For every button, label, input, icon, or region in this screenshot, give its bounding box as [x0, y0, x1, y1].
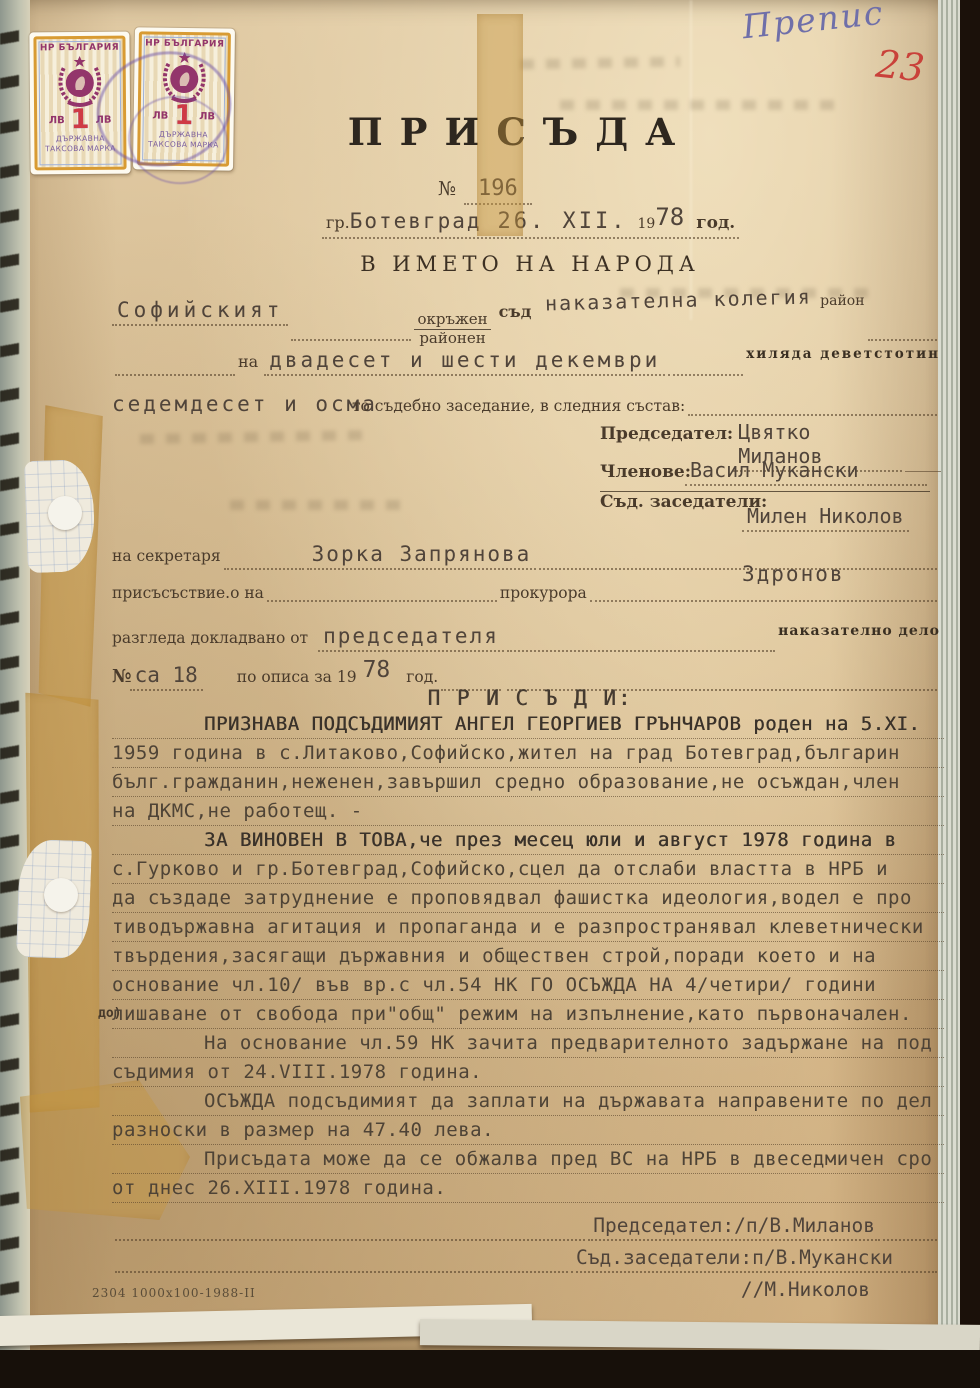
- body-line: основание чл.10/ във вр.с чл.54 НК ГО ОС…: [112, 975, 944, 1000]
- body-line: лишаване от свобода при"общ" режим на из…: [112, 1004, 944, 1029]
- case-number-typed: са 18: [130, 663, 203, 691]
- dotted-leader: [901, 1266, 937, 1273]
- members-label: Членове:: [600, 462, 691, 482]
- reported-value: председателя: [318, 624, 504, 652]
- dotted-leader: [688, 409, 937, 416]
- year-printed: 19: [637, 216, 655, 232]
- year-words-printed: хиляда деветстотин: [746, 346, 940, 362]
- body-line: с.Гурково и гр.Ботевград,Софийско,сцел д…: [112, 859, 944, 884]
- case-type-printed: наказателно дело: [778, 623, 940, 639]
- dotted-leader: [267, 595, 497, 602]
- option-rayonen: районен: [414, 330, 490, 347]
- verdict-heading: П Р И С Ъ Д И:: [360, 686, 700, 710]
- red-page-number: 23: [874, 42, 927, 91]
- punched-hole: [44, 878, 78, 912]
- body-line: ОСЪЖДА подсъдимият да заплати на държава…: [112, 1091, 944, 1116]
- chairman-label: Председател:: [600, 424, 733, 444]
- form-imprint: 2304 1000x100-1988-II: [92, 1286, 256, 1300]
- body-line: ЗА ВИНОВЕН В ТОВА,че през месец юли и ав…: [112, 830, 944, 855]
- scanned-court-verdict-page: НР БЪЛГАРИЯ ЛВ 1 ЛВ ДЪРЖАВНА ТАКСОВА МАР…: [0, 0, 980, 1388]
- body-line: да създаде затруднение е проповядвал фаш…: [112, 888, 944, 913]
- prosecutor-label: прокурора: [500, 584, 587, 602]
- prosecutor-line: присъсъствие.о на прокурора: [112, 584, 940, 602]
- dotted-leader: [668, 369, 743, 376]
- reported-by-line: разгледа докладвано от председателя нака…: [112, 624, 940, 652]
- stamp-caption-line2: ТАКСОВА МАРКА: [45, 143, 116, 153]
- prosecutor-name: Здронов: [742, 562, 845, 586]
- body-line: 1959 година в с.Литаково,Софийско,жител …: [112, 743, 944, 768]
- body-line: разноски в размер на 47.40 лева.: [112, 1120, 944, 1145]
- members-row: Членове: Васил Мукански: [600, 458, 930, 492]
- dotted-leader: [115, 1266, 568, 1273]
- body-line: Присъдата може да се обжалва пред ВС на …: [112, 1149, 944, 1174]
- session-date-line: на двадесет и шести декември хиляда деве…: [112, 348, 940, 376]
- case-suffix-printed: год.: [406, 668, 438, 686]
- dotted-leader: [291, 334, 411, 341]
- signature-chairman: Председател:/п/В.Миланов: [588, 1214, 880, 1241]
- verdict-body: ПРИЗНАВА ПОДСЪДИМИЯТ АНГЕЛ ГЕОРГИЕВ ГРЪН…: [112, 714, 944, 1207]
- body-line: съдимия от 24.VIII.1978 година.: [112, 1062, 944, 1087]
- session-year-line: седемдесет и осма то съдебно заседание, …: [112, 392, 940, 416]
- body-line: тиводържавна агитация и пропаганда и е р…: [112, 917, 944, 942]
- reported-label: разгледа докладвано от: [112, 629, 308, 647]
- case-year-typed: 78: [363, 657, 391, 683]
- book-edge-right: [960, 0, 980, 1388]
- year-typed: 78: [655, 203, 684, 231]
- member-name: Васил Мукански: [685, 458, 864, 486]
- ink-bleed-smudge: [560, 100, 840, 110]
- signature-jurors-row: Съд.заседатели:п/В.Мукански: [112, 1246, 940, 1273]
- tape-strip-top: [477, 14, 523, 236]
- case-middle-printed: по описа за 19: [237, 668, 357, 686]
- place-prefix: гр.: [326, 213, 350, 232]
- dotted-leader: [115, 1234, 585, 1241]
- punched-hole: [48, 496, 82, 530]
- dotted-leader: [224, 563, 304, 570]
- dotted-leader: [868, 334, 937, 341]
- body-line: ПРИЗНАВА ПОДСЪДИМИЯТ АНГЕЛ ГЕОРГИЕВ ГРЪН…: [112, 714, 944, 739]
- year-suffix: год.: [696, 213, 735, 233]
- court-city-typed: Софийският: [112, 298, 288, 326]
- dotted-leader: [590, 595, 937, 602]
- dotted-leader: [883, 1234, 937, 1241]
- prosecutor-name-row: Здронов: [742, 562, 845, 586]
- stamp-country-label: НР БЪЛГАРИЯ: [40, 43, 119, 54]
- juror-name: Милен Николов: [742, 504, 909, 532]
- number-label: №: [438, 178, 456, 200]
- option-okrazhen: окръжен: [414, 311, 490, 330]
- court-level-options: окръжен районен: [414, 311, 490, 348]
- court-name-line: Софийският окръжен районен съд наказател…: [112, 298, 940, 341]
- on-label: на: [238, 352, 258, 371]
- place-typed: Ботевград: [350, 209, 482, 233]
- signature-chairman-row: Председател:/п/В.Миланов: [112, 1214, 940, 1241]
- binding-marks: [0, 0, 19, 1388]
- ink-bleed-smudge: [230, 500, 400, 510]
- session-printed-rest: то съдебно заседание, в следния състав:: [352, 397, 685, 415]
- session-date-typed: двадесет и шести декември: [264, 348, 665, 376]
- year-words-typed: седемдесет и осма: [112, 392, 378, 416]
- secretary-name: Зорка Запрянова: [307, 542, 537, 570]
- body-line: бълг.гражданин,неженен,завършил средно о…: [112, 772, 944, 797]
- dotted-leader: [115, 369, 235, 376]
- body-line: На основание чл.59 НК зачита предварител…: [112, 1033, 944, 1058]
- stamp-country-label: НР БЪЛГАРИЯ: [145, 38, 224, 49]
- presence-label: присъсъствие.о на: [112, 584, 264, 602]
- rayon-printed: район: [820, 293, 864, 309]
- signature-juror1: Съд.заседатели:п/В.Мукански: [571, 1246, 898, 1273]
- juror-name-row: Милен Николов: [742, 504, 909, 532]
- stamp-lv-left: ЛВ: [49, 115, 65, 126]
- court-word: съд: [499, 302, 532, 321]
- body-line: на ДКМС,не работещ. -: [112, 801, 944, 826]
- secretary-label: на секретаря: [112, 547, 221, 565]
- dotted-leader: [507, 645, 775, 652]
- place-date-line: гр. Ботевград 26. XII. 19 78 год.: [322, 206, 739, 239]
- body-line: от днес 26.XIII.1978 година.: [112, 1178, 944, 1203]
- book-edge-bottom: [0, 1350, 980, 1388]
- dotted-leader: [867, 479, 927, 486]
- body-line: твърдения,засягащи държавния и обществен…: [112, 946, 944, 971]
- motto-line: В ИМЕТО НА НАРОДА: [330, 252, 730, 276]
- stamp-value: 1: [71, 108, 90, 132]
- dotted-leader: [539, 563, 937, 570]
